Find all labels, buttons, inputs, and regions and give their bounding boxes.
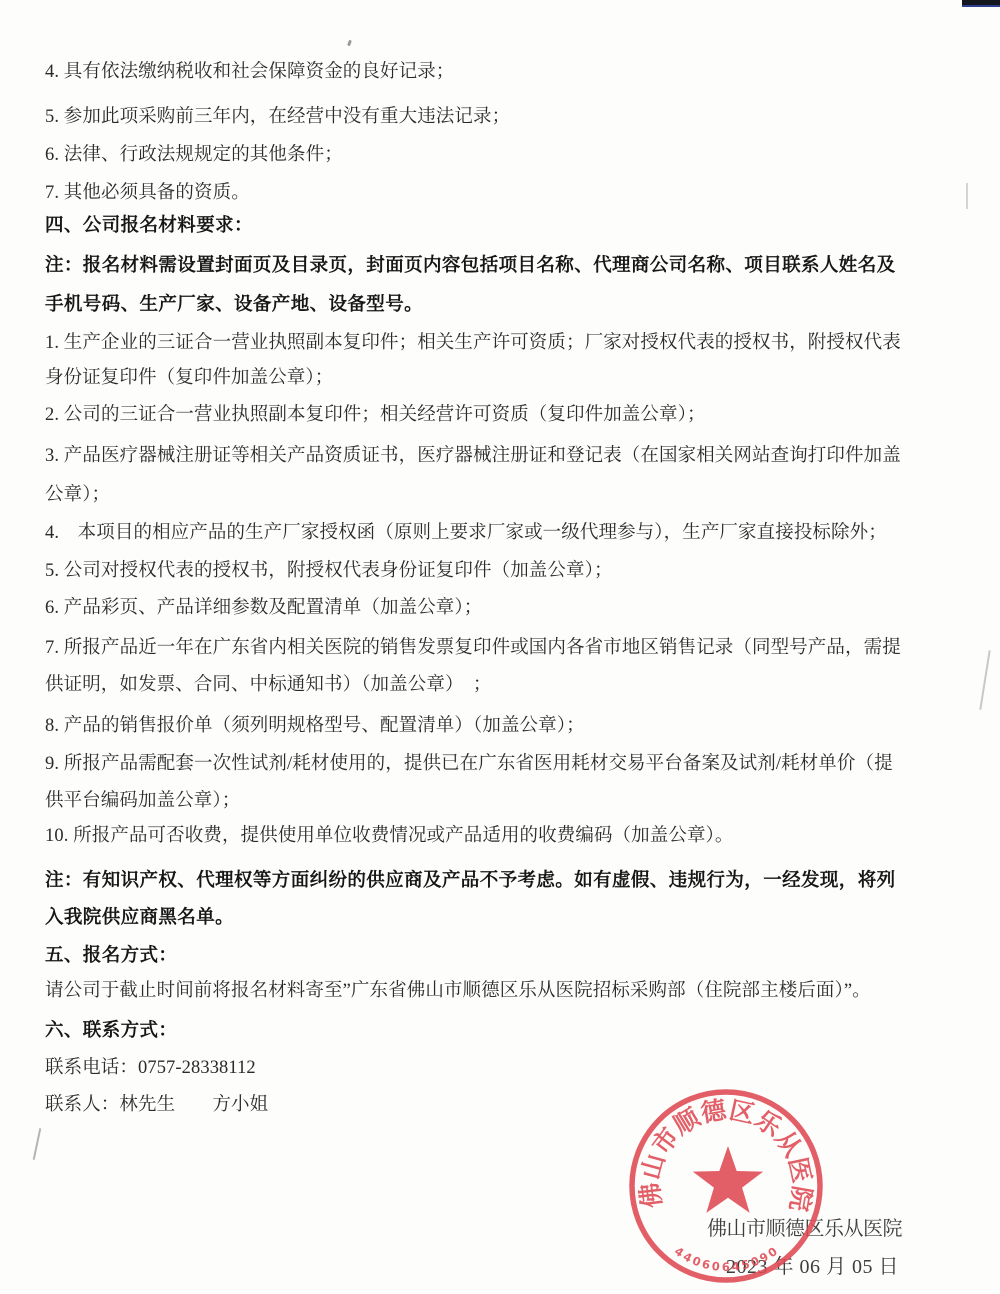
scan-artifact-scratch	[33, 1128, 42, 1160]
doc-line: 4. 本项目的相应产品的生产厂家授权函（原则上要求厂家或一级代理参与），生产厂家…	[45, 523, 925, 544]
scanned-document-page: 4. 具有依法缴纳税收和社会保障资金的良好记录； 5. 参加此项采购前三年内，在…	[0, 0, 1000, 1294]
doc-line: 3. 产品医疗器械注册证等相关产品资质证书，医疗器械注册证和登记表（在国家相关网…	[45, 446, 925, 467]
seal-star-icon	[693, 1146, 763, 1213]
doc-line: 5. 参加此项采购前三年内，在经营中没有重大违法记录；	[45, 107, 925, 128]
stamp-date: 2023 年 06 月 05 日	[726, 1250, 899, 1279]
doc-line: 1. 生产企业的三证合一营业执照副本复印件；相关生产许可资质；厂家对授权代表的授…	[45, 333, 925, 354]
doc-line: 请公司于截止时间前将报名材料寄至”广东省佛山市顺德区乐从医院招标采购部（住院部主…	[45, 981, 925, 1002]
doc-line: 注：有知识产权、代理权等方面纠纷的供应商及产品不予考虑。如有虚假、违规行为，一经…	[45, 871, 925, 892]
doc-line: 供平台编码加盖公章）；	[45, 791, 925, 812]
doc-line: 身份证复印件（复印件加盖公章）；	[45, 368, 925, 389]
doc-line: 8. 产品的销售报价单（须列明规格型号、配置清单）（加盖公章）；	[45, 716, 925, 737]
doc-line: 注：报名材料需设置封面页及目录页，封面页内容包括项目名称、代理商公司名称、项目联…	[45, 256, 925, 277]
doc-line: 6. 法律、行政法规规定的其他条件；	[45, 145, 925, 166]
contact-phone-line: 联系电话：0757-28338112	[45, 1058, 925, 1079]
scan-artifact-scratch	[979, 650, 990, 710]
doc-line: 9. 所报产品需配套一次性试剂/耗材使用的，提供已在广东省医用耗材交易平台备案及…	[45, 754, 925, 775]
doc-line: 供证明，如发票、合同、中标通知书）（加盖公章） ；	[45, 675, 925, 696]
section-heading: 五、报名方式：	[45, 946, 925, 967]
scan-artifact-speck	[347, 40, 352, 47]
doc-line: 6. 产品彩页、产品详细参数及配置清单（加盖公章）；	[45, 598, 925, 619]
doc-line: 手机号码、生产厂家、设备产地、设备型号。	[45, 295, 925, 316]
doc-line: 4. 具有依法缴纳税收和社会保障资金的良好记录；	[45, 62, 925, 83]
doc-line: 公章）；	[45, 485, 925, 506]
scan-artifact-corner-bar	[962, 0, 1000, 7]
doc-line: 入我院供应商黑名单。	[45, 908, 925, 929]
section-heading: 六、联系方式：	[45, 1021, 925, 1042]
doc-line: 5. 公司对授权代表的授权书，附授权代表身份证复印件（加盖公章）；	[45, 561, 925, 582]
doc-line: 10. 所报产品可否收费，提供使用单位收费情况或产品适用的收费编码（加盖公章）。	[45, 826, 925, 847]
doc-line: 2. 公司的三证合一营业执照副本复印件；相关经营许可资质（复印件加盖公章）；	[45, 405, 925, 426]
hospital-name: 佛山市顺德区乐从医院	[707, 1212, 902, 1241]
doc-line: 7. 所报产品近一年在广东省内相关医院的销售发票复印件或国内各省市地区销售记录（…	[45, 638, 925, 659]
doc-line: 7. 其他必须具备的资质。	[45, 183, 925, 204]
contact-person-line: 联系人：林先生 方小姐	[45, 1095, 925, 1116]
section-heading: 四、公司报名材料要求：	[45, 216, 925, 237]
scan-artifact-scratch	[966, 183, 968, 209]
